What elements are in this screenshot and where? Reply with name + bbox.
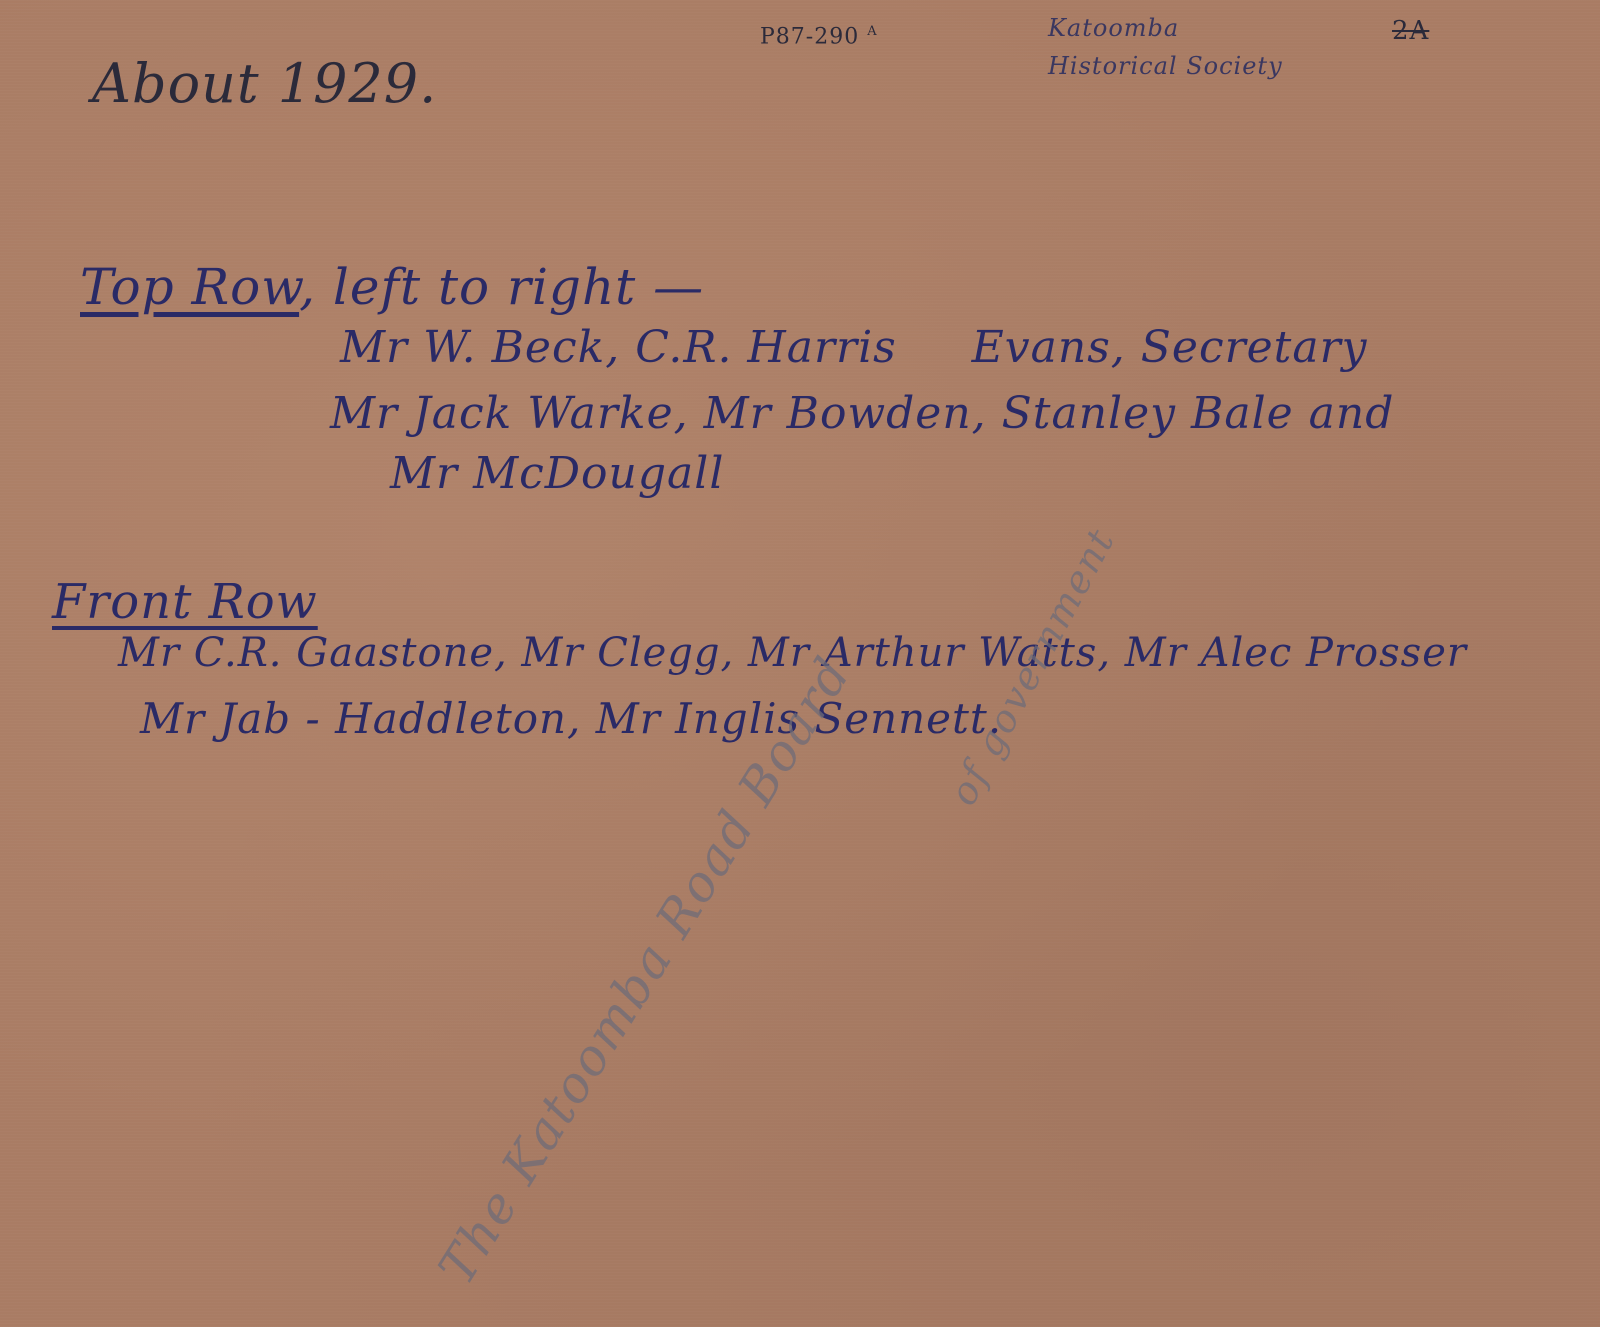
front-row-line-2: Mr Jab - Haddleton, Mr Inglis Sennett. (140, 694, 1002, 743)
catalog-number-suffix: A (867, 24, 877, 39)
top-row-heading-block: Top Row, left to right — (80, 258, 704, 316)
catalog-number: P87-290 A (760, 24, 878, 49)
top-row-line-2: Mr Jack Warke, Mr Bowden, Stanley Bale a… (330, 388, 1394, 439)
front-row-line-1: Mr C.R. Gaastone, Mr Clegg, Mr Arthur Wa… (118, 630, 1467, 676)
source-line-2: Historical Society (1048, 52, 1283, 80)
corner-mark: 2A (1392, 16, 1429, 46)
pencil-note-road-board: The Katoomba Road Board (427, 647, 862, 1295)
top-row-line-1: Mr W. Beck, C.R. Harris Evans, Secretary (340, 322, 1367, 373)
catalog-number-main: P87-290 (760, 24, 859, 49)
source-line-1: Katoomba (1048, 14, 1179, 42)
top-row-line-3: Mr McDougall (390, 448, 724, 499)
top-row-heading-suffix: , left to right — (299, 258, 704, 316)
date-note: About 1929. (92, 52, 437, 115)
front-row-heading: Front Row (52, 574, 318, 630)
archival-photo-back-card: About 1929. P87-290 A Katoomba Historica… (0, 0, 1600, 1327)
top-row-heading: Top Row (80, 258, 299, 316)
